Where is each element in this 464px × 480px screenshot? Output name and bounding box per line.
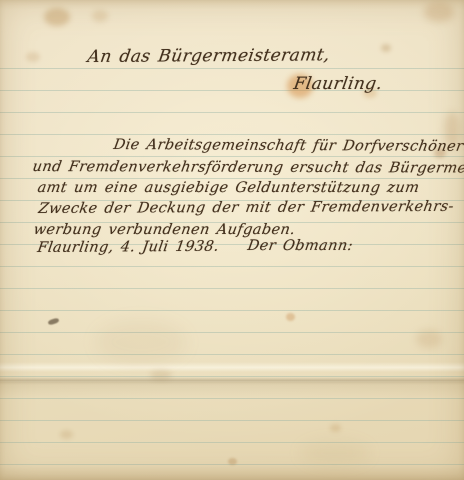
recipient-line: An das Bürgermeisteramt, [86,44,331,68]
ruled-lines [0,68,464,476]
age-spot [60,430,73,439]
scanned-letter-page: An das Bürgermeisteramt, Flaurling. Die … [0,0,464,480]
age-spot [92,10,108,22]
ink-smudge-mark [47,317,59,325]
body-line: Die Arbeitsgemeinschaft für Dorfverschön… [112,135,464,157]
paper-bottom-edge-shading [0,466,464,480]
recipient-place: Flaurling. [292,73,384,95]
date-place-line: Flaurling, 4. Juli 1938. [36,237,221,258]
body-line: und Fremdenverkehrsförderung ersucht das… [31,157,464,179]
age-spot [300,440,370,466]
age-spot [44,8,70,26]
paper-top-edge-shading [0,0,464,10]
age-spot [381,44,391,52]
fold-crease-highlight [0,362,464,372]
body-line: amt um eine ausgiebige Geldunterstützung… [36,178,421,198]
fold-crease-shadow [0,382,464,398]
body-line: Zwecke der Deckung der mit der Fremdenve… [37,197,455,219]
age-spot [26,52,40,62]
age-spot [416,330,442,348]
signature-title-line: Der Obmann: [246,236,354,256]
age-spot [96,320,186,364]
age-spot [228,458,237,465]
age-spot [286,313,295,321]
age-spot [330,424,341,432]
